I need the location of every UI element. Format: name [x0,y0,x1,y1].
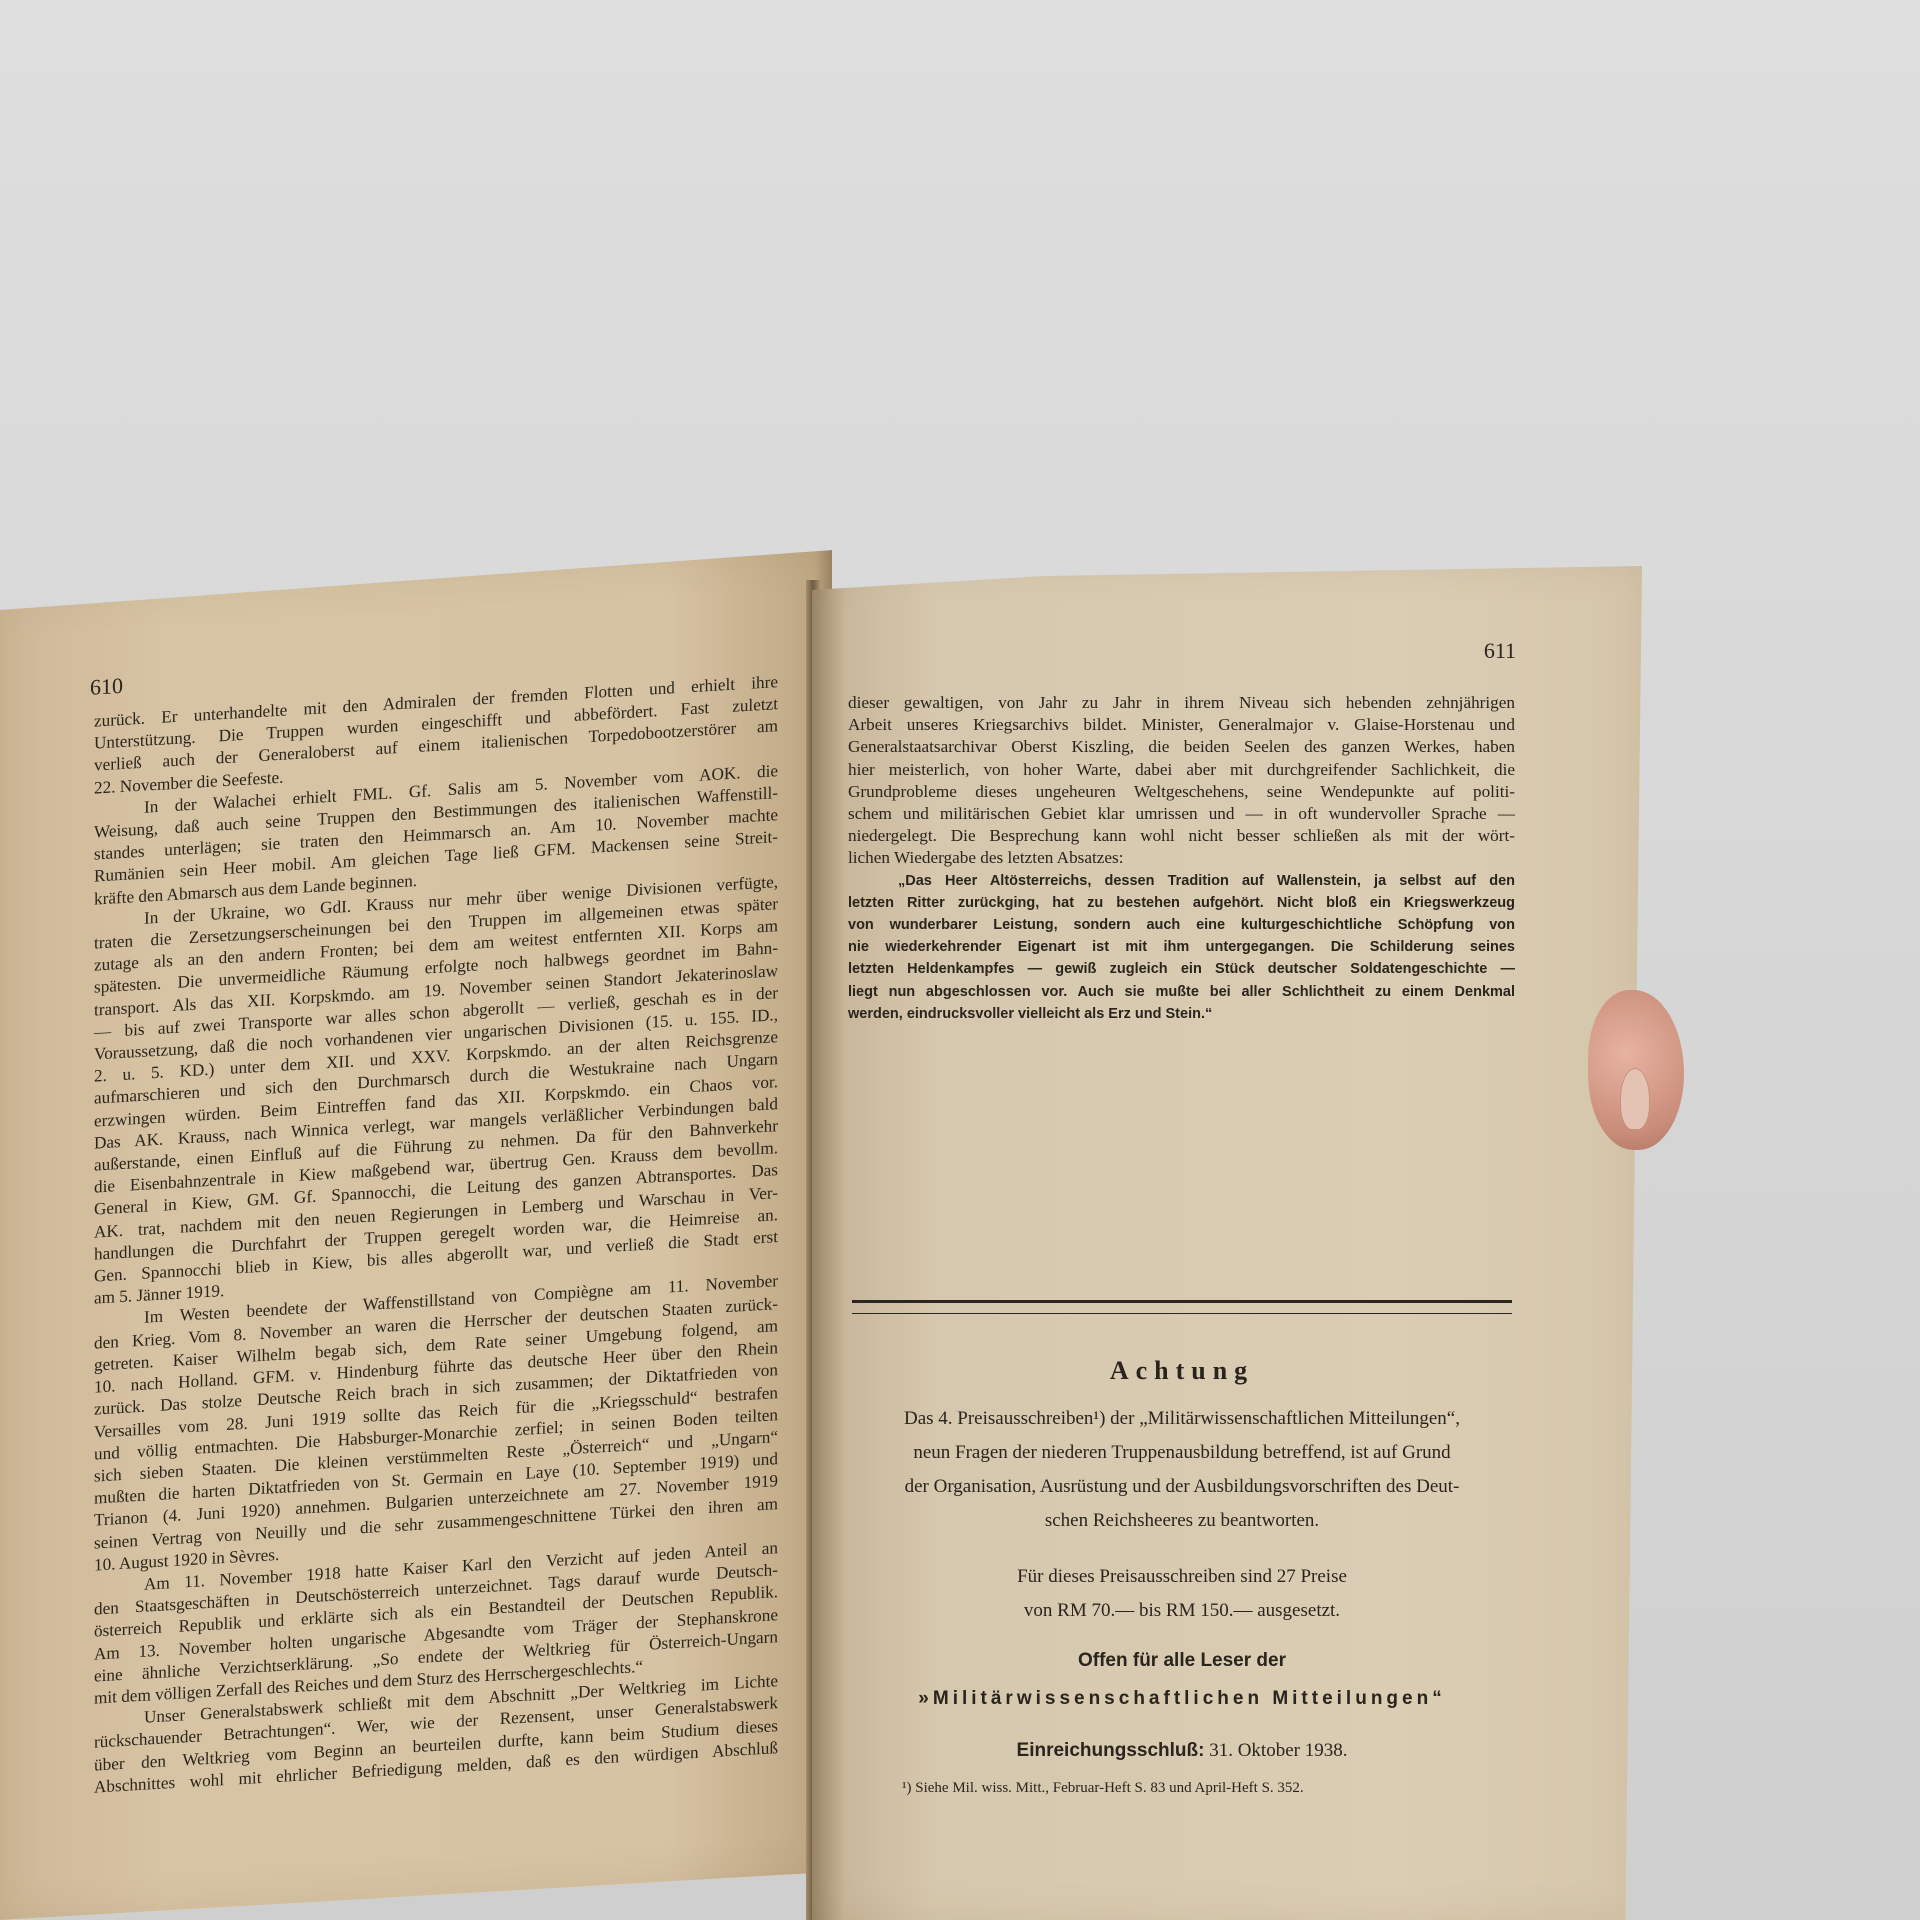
text-line: schem und militärischen Gebiet klar umri… [848,803,1515,825]
notice-line: der Organisation, Ausrüstung und der Aus… [842,1470,1522,1504]
thumbnail [1620,1068,1650,1130]
left-page-body: zurück. Er unterhandelte mit den Admiral… [94,671,778,1798]
text-line: Generalstaatsarchivar Oberst Kiszling, d… [848,736,1515,758]
notice-line: neun Fragen der niederen Truppenausbildu… [842,1436,1522,1470]
quote-line: von wunderbarer Leistung, sondern auch e… [848,914,1515,936]
notice-title: Achtung [842,1356,1522,1386]
text-line: Grundprobleme dieses ungeheuren Weltgesc… [848,781,1515,803]
right-page: 611 dieser gewaltigen, von Jahr zu Jahr … [812,566,1642,1920]
prizes-info: Für dieses Preisausschreiben sind 27 Pre… [842,1560,1522,1628]
page-number: 611 [1484,638,1516,664]
page-number: 610 [90,673,123,701]
deadline: Einreichungsschluß: 31. Oktober 1938. [842,1740,1522,1762]
quote-line: letzten Ritter zurückging, hat zu besteh… [848,892,1515,914]
quote-line: letzten Heldenkampfes — gewiß zugleich e… [848,958,1515,980]
review-text: dieser gewaltigen, von Jahr zu Jahr in i… [848,692,1515,1025]
text-line: niedergelegt. Die Besprechung kann wohl … [848,825,1515,847]
deadline-date: 31. Oktober 1938. [1209,1740,1347,1761]
double-rule-divider [852,1300,1512,1314]
notice-line: schen Reichsheeres zu beantworten. [842,1504,1522,1538]
text-line: lichen Wiedergabe des letzten Absatzes: [848,847,1515,869]
text-line: hier meisterlich, von hoher Warte, dabei… [848,759,1515,781]
quote-line: nie wiederkehrender Eigenart ist mit ihm… [848,936,1515,958]
quote-line: werden, eindrucksvoller vielleicht als E… [848,1003,1515,1025]
text-line: dieser gewaltigen, von Jahr zu Jahr in i… [848,692,1515,714]
notice-line: Das 4. Preisausschreiben¹) der „Militärw… [842,1402,1522,1436]
open-book: 610 zurück. Er unterhandelte mit den Adm… [0,0,1920,1920]
contest-notice: Achtung Das 4. Preisausschreiben¹) der „… [842,1336,1522,1797]
quote-line: „Das Heer Altösterreichs, dessen Traditi… [848,870,1515,892]
prizes-line: von RM 70.— bis RM 150.— ausgesetzt. [842,1594,1522,1628]
notice-body: Das 4. Preisausschreiben¹) der „Militärw… [842,1402,1522,1538]
deadline-label: Einreichungsschluß: [1017,1740,1205,1761]
quote-line: liegt nun abgeschlossen vor. Auch sie mu… [848,981,1515,1003]
text-line: Arbeit unseres Kriegsarchivs bildet. Min… [848,714,1515,736]
footnote: ¹) Siehe Mil. wiss. Mitt., Februar-Heft … [842,1780,1522,1797]
open-to-readers: Offen für alle Leser der [842,1650,1522,1672]
prizes-line: Für dieses Preisausschreiben sind 27 Pre… [842,1560,1522,1594]
journal-name: »Militärwissenschaftlichen Mitteilungen“ [842,1688,1522,1710]
left-page: 610 zurück. Er unterhandelte mit den Adm… [0,550,832,1920]
